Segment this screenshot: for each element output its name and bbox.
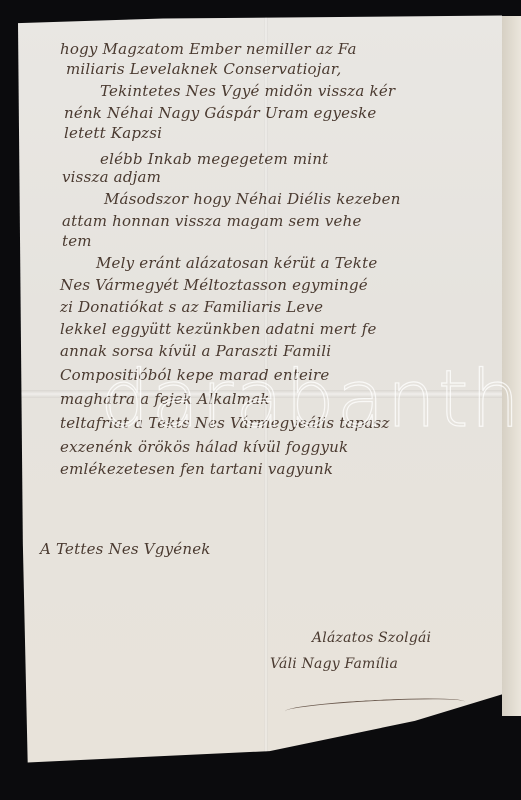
body-line: Tekintetes Nes Vgyé midön vissza kér: [100, 82, 395, 100]
body-line: Másodszor hogy Néhai Diélis kezeben: [104, 190, 401, 208]
body-line: miliaris Levelaknek Conservatiojar,: [66, 60, 341, 78]
closing-line-1: Alázatos Szolgái: [312, 630, 431, 646]
handwritten-text: hogy Magzatom Ember nemiller az Fa milia…: [0, 0, 521, 800]
salutation: A Tettes Nes Vgyének: [40, 540, 211, 558]
body-line: annak sorsa kívül a Paraszti Famili: [60, 342, 331, 360]
body-line: elébb Inkab megegetem mint: [100, 150, 328, 168]
body-line: teltafriat a Tekts Nes Vármegyeális tapa…: [60, 414, 390, 432]
closing-signature: Váli Nagy Família: [270, 656, 398, 672]
body-line: tem: [62, 232, 92, 250]
body-line: Compositióból kepe marad enteire: [60, 366, 329, 384]
body-line: Nes Vármegyét Méltoztasson egymingé: [60, 276, 368, 294]
body-line: attam honnan vissza magam sem vehe: [62, 212, 362, 230]
body-line: nénk Néhai Nagy Gáspár Uram egyeske: [64, 104, 377, 122]
body-line: hogy Magzatom Ember nemiller az Fa: [60, 40, 357, 58]
body-line: Mely eránt alázatosan kérüt a Tekte: [96, 254, 377, 272]
body-line: maghatra a fejek Alkalmak: [60, 390, 270, 408]
body-line: emlékezetesen fen tartani vagyunk: [60, 460, 333, 478]
body-line: letett Kapzsi: [64, 124, 162, 142]
body-line: zi Donatiókat s az Familiaris Leve: [60, 298, 323, 316]
signature-flourish: [285, 695, 465, 717]
body-line: lekkel eggyütt kezünkben adatni mert fe: [60, 320, 377, 338]
body-line: exzenénk örökös hálad kívül foggyuk: [60, 438, 348, 456]
body-line: vissza adjam: [62, 168, 161, 186]
